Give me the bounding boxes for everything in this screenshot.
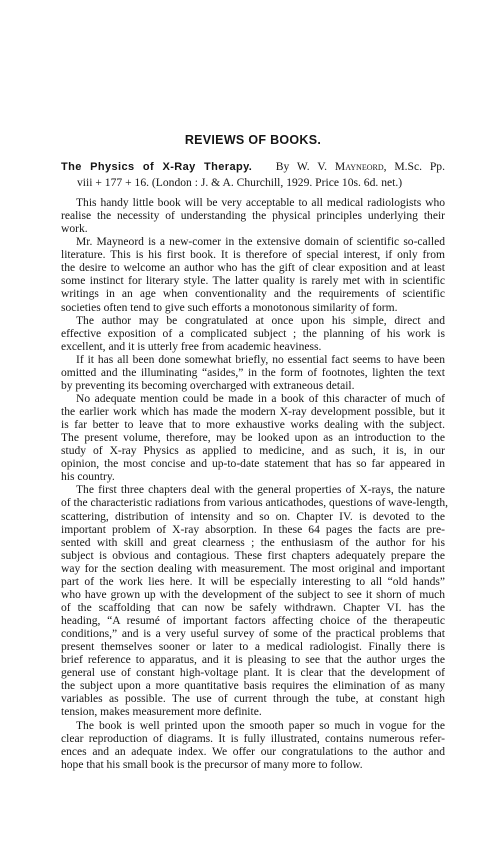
text-line: The author may be congratulated at once … [61,315,445,328]
book-author: Mayneord [335,160,384,173]
text-line: If it has all been done somewhat briefly… [61,354,445,367]
text-line: This handy little book will be very acce… [61,197,445,210]
citation-line-2: viii + 177 + 16. (London : J. & A. Churc… [61,175,445,190]
text-line: opinion, the most concise and up-to-date… [61,458,445,471]
text-line: the earlier work which has made the mode… [61,406,445,419]
text-line: his country. [61,471,445,484]
text-line: writings in an age when conventionality … [61,288,445,301]
text-line: some instinct for literary style. The la… [61,275,445,288]
text-line: effective exposition of a complicated su… [61,328,445,341]
text-line: by preventing its becoming overcharged w… [61,380,445,393]
text-line: No adequate mention could be made in a b… [61,393,445,406]
paragraph: This handy little book will be very acce… [61,197,445,236]
text-line: is far better to leave that to more exha… [61,419,445,432]
paragraph: The author may be congratulated at once … [61,315,445,354]
text-line: general use of constant high-voltage pla… [61,667,445,680]
text-line: tension, makes measurement more definite… [61,706,445,719]
text-line: present themselves sooner or later to a … [61,641,445,654]
text-line: The present volume, therefore, may be lo… [61,432,445,445]
text-line: Mr. Mayneord is a new-comer in the exten… [61,236,445,249]
text-line: scattering, distribution of intensity an… [61,511,445,524]
text-line: omitted and the illuminating “asides,” i… [61,367,445,380]
text-line: excellent, and it is utterly free from a… [61,341,445,354]
text-line: hope that his small book is the precurso… [61,759,445,772]
paragraph: Mr. Mayneord is a new-comer in the exten… [61,236,445,314]
citation-degree-pages: , M.Sc. Pp. [384,160,445,173]
paragraph: The first three chapters deal with the g… [61,484,445,719]
citation-line-1: The Physics of X-Ray Therapy. By W. V. M… [61,159,445,175]
text-line: work. [61,223,445,236]
book-title: The Physics of X-Ray Therapy. [61,161,252,173]
text-line: of the scaffolding that can now be safel… [61,602,445,615]
text-line: subject is obvious and contagious. These… [61,550,445,563]
text-line: the subject upon a more quantitative bas… [61,680,445,693]
text-line: heading, “A resumé of important factors … [61,615,445,628]
text-line: important problem of X-ray absorption. I… [61,524,445,537]
text-line: ences and an adequate index. We offer ou… [61,746,445,759]
text-line: brief reference to apparatus, and it is … [61,654,445,667]
text-line: variables as possible. The use of curren… [61,693,445,706]
book-citation: The Physics of X-Ray Therapy. By W. V. M… [61,159,445,190]
text-line: clear reproduction of diagrams. It is fu… [61,733,445,746]
text-line: of the characteristic radiations from va… [61,497,445,510]
citation-by: By W. V. [276,160,327,173]
text-line: societies often tend to give such effort… [61,302,445,315]
text-line: realise the necessity of understanding t… [61,210,445,223]
paragraph: No adequate mention could be made in a b… [61,393,445,484]
paragraph: The book is well printed upon the smooth… [61,720,445,772]
text-line: part of the work lies here. It will be e… [61,576,445,589]
text-line: conditions,” and is a very useful survey… [61,628,445,641]
text-line: The first three chapters deal with the g… [61,484,445,497]
section-heading: REVIEWS OF BOOKS. [61,133,445,147]
text-line: literature. This is his first book. It i… [61,249,445,262]
text-line: the desire to welcome an author who has … [61,262,445,275]
text-line: who have grown up with the development o… [61,589,445,602]
text-line: way for the section dealing with measure… [61,563,445,576]
review-body: This handy little book will be very acce… [61,197,445,772]
text-line: The book is well printed upon the smooth… [61,720,445,733]
paragraph: If it has all been done somewhat briefly… [61,354,445,393]
text-line: sented with skill and great clearness ; … [61,537,445,550]
text-line: study of X-ray Physics as applied to med… [61,445,445,458]
